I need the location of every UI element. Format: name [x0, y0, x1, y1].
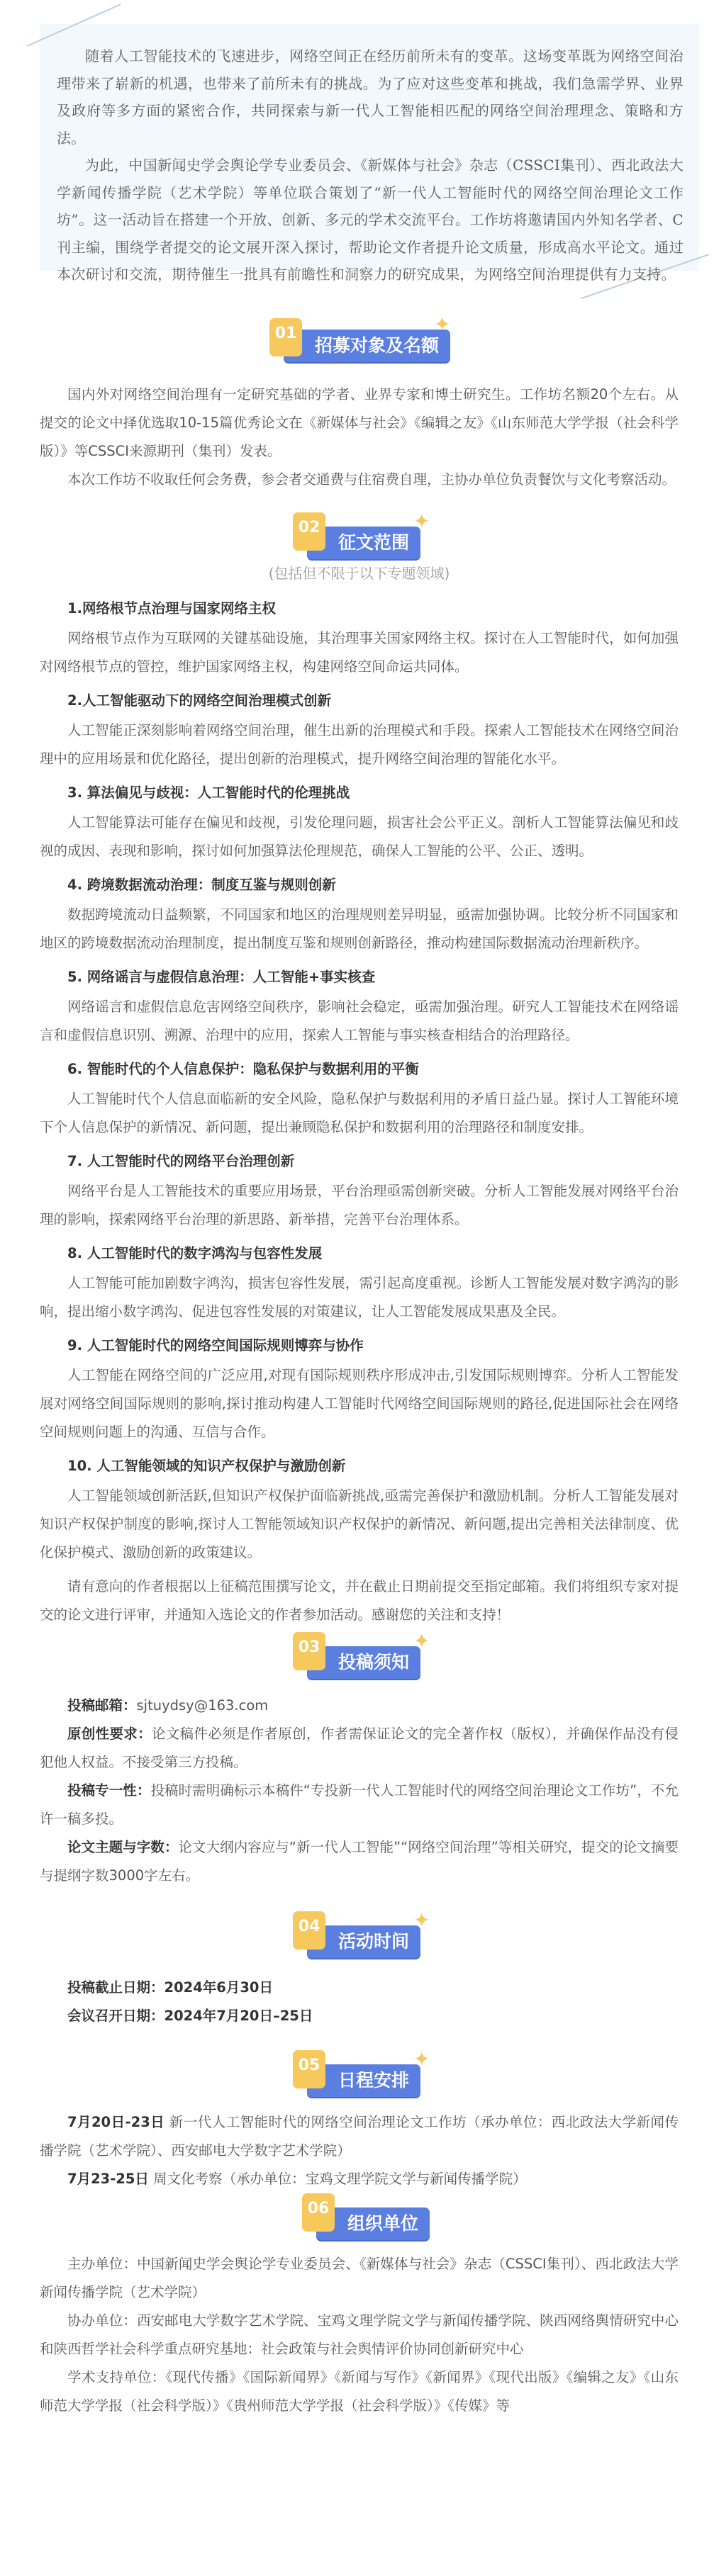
topic-heading: 7. 人工智能时代的网络平台治理创新: [40, 1146, 679, 1177]
topic-body: 人工智能领域创新活跃,但知识产权保护面临新挑战,亟需完善保护和激励机制。分析人工…: [40, 1482, 679, 1567]
topic-body: 网络根节点作为互联网的关键基础设施，其治理事关国家网络主权。探讨在人工智能时代，…: [40, 624, 679, 681]
topic-heading: 10. 人工智能领域的知识产权保护与激励创新: [40, 1451, 679, 1482]
topic-heading: 1.网络根节点治理与国家网络主权: [40, 593, 679, 624]
section-number-badge: 02: [293, 512, 325, 551]
topic-heading: 4. 跨境数据流动治理：制度互鉴与规则创新: [40, 870, 679, 901]
deadline-line: 投稿截止日期：2024年6月30日: [40, 1974, 679, 2002]
submission-email: 投稿邮箱：sjtuydsy@163.com: [40, 1692, 679, 1720]
intro-text: 随着人工智能技术的飞速进步，网络空间正在经历前所未有的变革。这场变革既为网络空间…: [57, 43, 684, 288]
sparkle-icon: ✦: [434, 314, 450, 335]
topic-heading: 9. 人工智能时代的网络空间国际规则博弈与协作: [40, 1330, 679, 1361]
section-header-05: 05 日程安排 ✦: [0, 2030, 714, 2108]
label: 投稿截止日期：: [67, 1979, 164, 1996]
topic-body: 人工智能算法可能存在偏见和歧视，引发伦理问题，损害社会公平正义。剖析人工智能算法…: [40, 809, 679, 865]
schedule-date: 7月20日-23日: [67, 2114, 164, 2130]
topic-body: 人工智能可能加剧数字鸿沟，损害包容性发展，需引起高度重视。诊断人工智能发展对数字…: [40, 1269, 679, 1326]
intro-paragraph: 随着人工智能技术的飞速进步，网络空间正在经历前所未有的变革。这场变革既为网络空间…: [57, 43, 684, 152]
section-number-badge: 03: [293, 1632, 325, 1670]
label: 投稿专一性：: [67, 1782, 150, 1799]
section-number-badge: 04: [293, 1911, 325, 1950]
sparkle-icon: ✦: [413, 1631, 429, 1652]
topic-body: 网络平台是人工智能技术的重要应用场景，平台治理亟需创新突破。分析人工智能发展对网…: [40, 1177, 679, 1234]
sparkle-icon: ✦: [413, 511, 429, 532]
section-header-03: 03 投稿须知 ✦: [0, 1629, 714, 1692]
section-header-01: 01 招募对象及名额 ✦: [0, 315, 714, 381]
academic-supporters: 学术支持单位：《现代传播》《国际新闻界》《新闻与写作》《新闻界》《现代出版》《编…: [40, 2363, 679, 2420]
label: 论文主题与字数：: [67, 1839, 178, 1855]
meeting-date-value: 2024年7月20日–25日: [164, 2008, 313, 2024]
originality-requirement: 原创性要求：论文稿件必须是作者原创，作者需保证论文的完全著作权（版权），并确保作…: [40, 1720, 679, 1777]
topic-heading: 3. 算法偏见与歧视：人工智能时代的伦理挑战: [40, 777, 679, 809]
section-body-02: (包括但不限于以下专题领域) 1.网络根节点治理与国家网络主权 网络根节点作为互…: [0, 559, 714, 1629]
paragraph: 本次工作坊不收取任何会务费，参会者交通费与住宿费自理，主协办单位负责餐饮与文化考…: [40, 466, 679, 494]
schedule-item: 7月20日-23日 新一代人工智能时代的网络空间治理论文工作坊（承办单位：西北政…: [40, 2108, 679, 2165]
topic-body: 数据跨境流动日益频繁，不同国家和地区的治理规则差异明显，亟需加强协调。比较分析不…: [40, 901, 679, 957]
topic-body: 人工智能正深刻影响着网络空间治理，催生出新的治理模式和手段。探索人工智能技术在网…: [40, 716, 679, 773]
topic-heading: 8. 人工智能时代的数字鸿沟与包容性发展: [40, 1238, 679, 1269]
host-organizations: 主办单位：中国新闻史学会舆论学专业委员会、《新媒体与社会》杂志（CSSCI集刊）…: [40, 2250, 679, 2307]
intro-paragraph: 为此，中国新闻史学会舆论学专业委员会、《新媒体与社会》杂志（CSSCI集刊）、西…: [57, 152, 684, 288]
section-body-06: 主办单位：中国新闻史学会舆论学专业委员会、《新媒体与社会》杂志（CSSCI集刊）…: [0, 2250, 714, 2420]
email-link[interactable]: sjtuydsy@163.com: [137, 1697, 269, 1714]
intro-section: 随着人工智能技术的飞速进步，网络空间正在经历前所未有的变革。这场变革既为网络空间…: [0, 0, 714, 315]
topic-body: 网络谣言和虚假信息危害网络空间秩序，影响社会稳定，亟需加强治理。研究人工智能技术…: [40, 993, 679, 1050]
section-header-04: 04 活动时间 ✦: [0, 1890, 714, 1974]
section-number-badge: 05: [293, 2050, 325, 2088]
section-body-04: 投稿截止日期：2024年6月30日 会议召开日期：2024年7月20日–25日: [0, 1974, 714, 2030]
topic-body: 人工智能时代个人信息面临新的安全风险，隐私保护与数据利用的矛盾日益凸显。探讨人工…: [40, 1085, 679, 1142]
section-subtitle: (包括但不限于以下专题领域): [40, 559, 679, 587]
topic-wordcount-requirement: 论文主题与字数：论文大纲内容应与“新一代人工智能”“网络空间治理”等相关研究，提…: [40, 1833, 679, 1890]
section-header-02: 02 征文范围 ✦: [0, 494, 714, 556]
section-body-05: 7月20日-23日 新一代人工智能时代的网络空间治理论文工作坊（承办单位：西北政…: [0, 2108, 714, 2193]
schedule-item: 7月23-25日 周文化考察（承办单位：宝鸡文理学院文学与新闻传播学院）: [40, 2165, 679, 2193]
topic-body: 人工智能在网络空间的广泛应用,对现有国际规则秩序形成冲击,引发国际规则博弈。分析…: [40, 1361, 679, 1446]
deadline-value: 2024年6月30日: [164, 1979, 273, 1996]
closing-paragraph: 请有意向的作者根据以上征稿范围撰写论文，并在截止日期前提交至指定邮箱。我们将组织…: [40, 1573, 679, 1629]
label: 会议召开日期：: [67, 2008, 164, 2024]
sparkle-icon: ✦: [413, 2049, 429, 2070]
schedule-date: 7月23-25日: [67, 2171, 149, 2187]
label: 原创性要求：: [67, 1726, 152, 1742]
meeting-date-line: 会议召开日期：2024年7月20日–25日: [40, 2002, 679, 2030]
topic-heading: 6. 智能时代的个人信息保护：隐私保护与数据利用的平衡: [40, 1054, 679, 1085]
exclusivity-requirement: 投稿专一性：投稿时需明确标示本稿件“专投新一代人工智能时代的网络空间治理论文工作…: [40, 1777, 679, 1833]
article-page: 随着人工智能技术的飞速进步，网络空间正在经历前所未有的变革。这场变革既为网络空间…: [0, 0, 714, 2441]
sparkle-icon: ✦: [413, 1910, 429, 1931]
section-title: 招募对象及名额: [284, 330, 450, 362]
section-number-badge: 01: [269, 318, 302, 356]
paragraph: 国内外对网络空间治理有一定研究基础的学者、业界专家和博士研究生。工作坊名额20个…: [40, 381, 679, 466]
section-body-03: 投稿邮箱：sjtuydsy@163.com 原创性要求：论文稿件必须是作者原创，…: [0, 1692, 714, 1890]
topic-heading: 2.人工智能驱动下的网络空间治理模式创新: [40, 685, 679, 716]
co-organizers: 协办单位：西安邮电大学数字艺术学院、宝鸡文理学院文学与新闻传播学院、陕西网络舆情…: [40, 2307, 679, 2363]
schedule-text: 周文化考察（承办单位：宝鸡文理学院文学与新闻传播学院）: [149, 2171, 527, 2187]
section-number-badge: 06: [302, 2193, 335, 2232]
section-header-06: 06 组织单位: [0, 2193, 714, 2250]
section-body-01: 国内外对网络空间治理有一定研究基础的学者、业界专家和博士研究生。工作坊名额20个…: [0, 381, 714, 494]
label: 投稿邮箱：: [67, 1697, 137, 1714]
topic-heading: 5. 网络谣言与虚假信息治理：人工智能+事实核查: [40, 962, 679, 993]
